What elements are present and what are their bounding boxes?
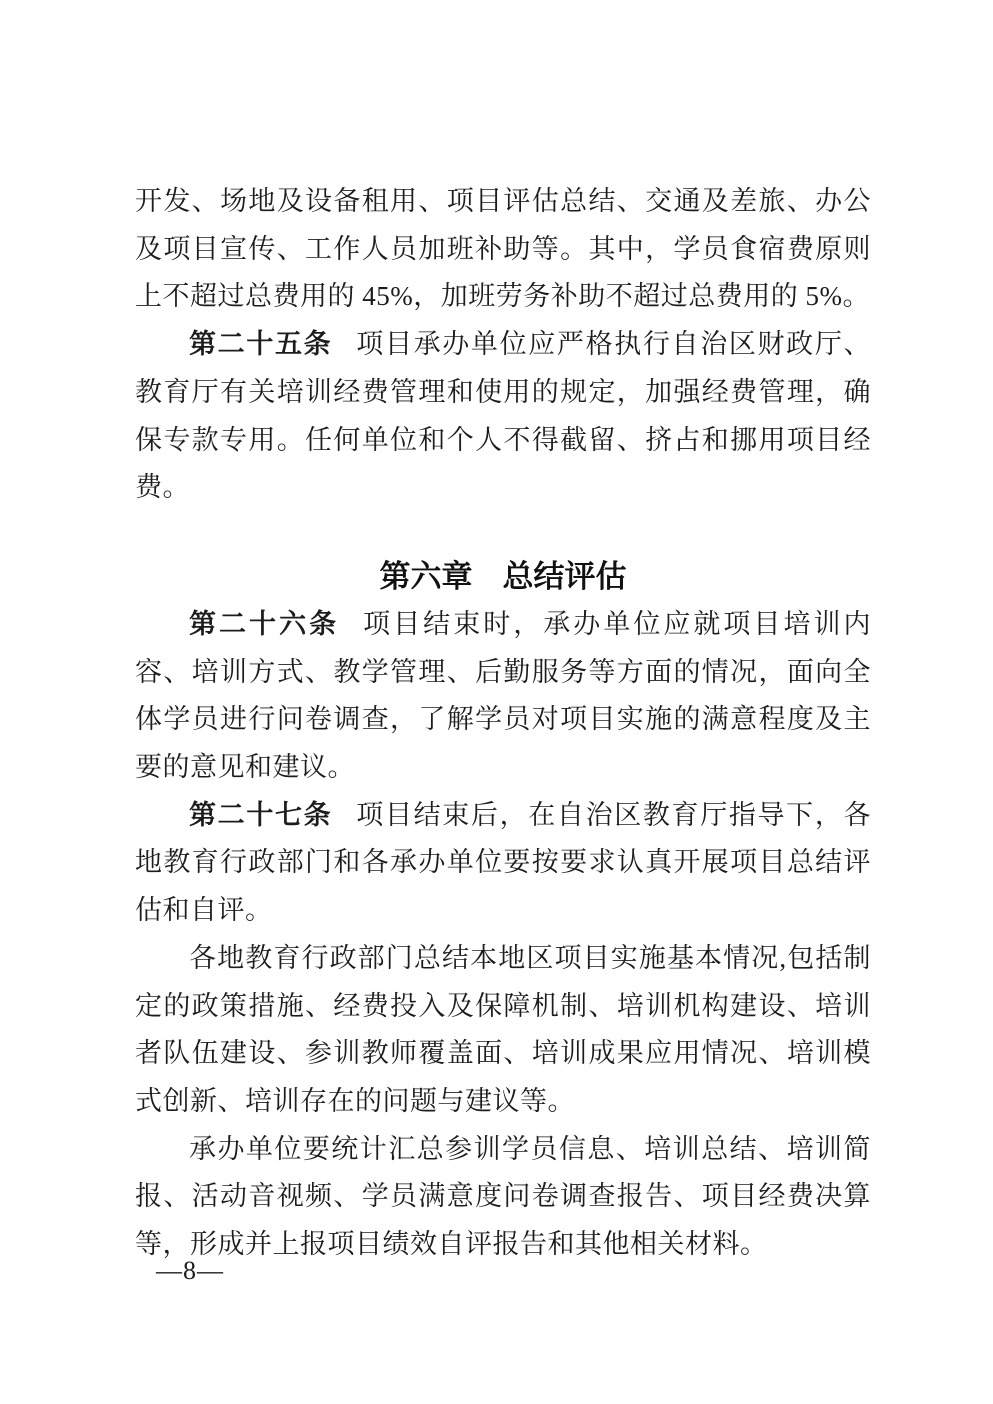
- page-number: —8—: [156, 1256, 224, 1286]
- article-27-number: 第二十七条: [189, 800, 332, 830]
- chapter-number: 第六章: [380, 559, 473, 594]
- article-25: 第二十五条项目承办单位应严格执行自治区财政厅、教育厅有关培训经费管理和使用的规定…: [135, 321, 871, 512]
- article-26: 第二十六条项目结束时，承办单位应就项目培训内容、培训方式、教学管理、后勤服务等方…: [135, 601, 871, 792]
- article-27: 第二十七条项目结束后，在自治区教育厅指导下，各地教育行政部门和各承办单位要按要求…: [135, 792, 871, 935]
- article-25-number: 第二十五条: [189, 329, 332, 359]
- paragraph-local-summary: 各地教育行政部门总结本地区项目实施基本情况,包括制定的政策措施、经费投入及保障机…: [135, 935, 871, 1126]
- paragraph-continuation: 开发、场地及设备租用、项目评估总结、交通及差旅、办公及项目宣传、工作人员加班补助…: [135, 178, 871, 321]
- document-page: 开发、场地及设备租用、项目评估总结、交通及差旅、办公及项目宣传、工作人员加班补助…: [0, 0, 993, 1404]
- chapter-heading: 第六章总结评估: [135, 553, 871, 601]
- document-body: 开发、场地及设备租用、项目评估总结、交通及差旅、办公及项目宣传、工作人员加班补助…: [135, 178, 871, 1269]
- article-26-number: 第二十六条: [189, 609, 339, 639]
- chapter-title: 总结评估: [503, 559, 627, 594]
- paragraph-materials: 承办单位要统计汇总参训学员信息、培训总结、培训简报、活动音视频、学员满意度问卷调…: [135, 1126, 871, 1269]
